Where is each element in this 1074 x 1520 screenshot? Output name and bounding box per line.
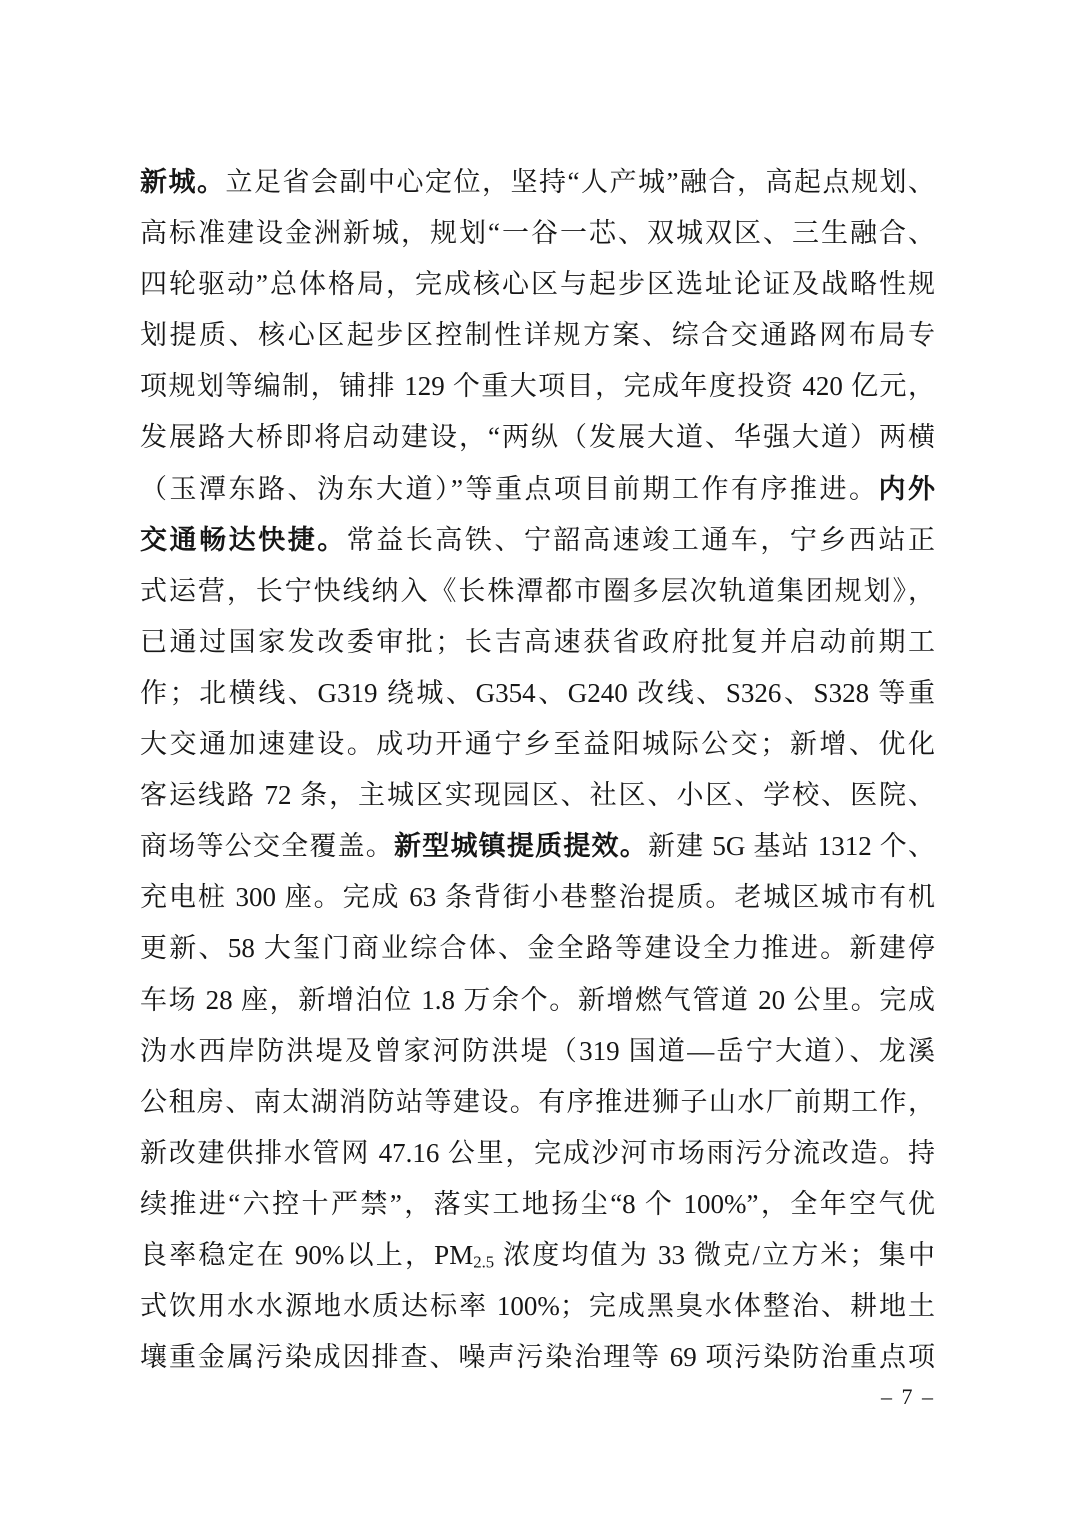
text-line-6: 发展路大桥即将启动建设，“两纵（发展大道、华强大道）两横 xyxy=(140,412,935,463)
text-run: 立足省会副中心定位，坚持“人产城”融合，高起点规划、 xyxy=(226,167,936,197)
bold-heading-run: 新型城镇提质提效。 xyxy=(394,831,648,861)
bold-heading-run: 内外 xyxy=(879,474,936,504)
text-line-7: （玉潭东路、沩东大道）”等重点项目前期工作有序推进。内外 xyxy=(140,464,935,515)
text-run: 壤重金属污染成因排查、噪声污染治理等 69 项污染防治重点项 xyxy=(140,1342,935,1372)
document-page: 新城。立足省会副中心定位，坚持“人产城”融合，高起点规划、高标准建设金洲新城，规… xyxy=(0,0,1074,1520)
report-body-text: 新城。立足省会副中心定位，坚持“人产城”融合，高起点规划、高标准建设金洲新城，规… xyxy=(140,157,935,1383)
text-run: 续推进“六控十严禁”，落实工地扬尘“8 个 100%”，全年空气优 xyxy=(140,1189,935,1219)
text-run: 公租房、南太湖消防站等建设。有序推进狮子山水厂前期工作， xyxy=(140,1087,935,1117)
text-line-18: 沩水西岸防洪堤及曾家河防洪堤（319 国道—岳宁大道）、龙溪 xyxy=(140,1026,935,1077)
text-run: 大交通加速建设。成功开通宁乡至益阳城际公交；新增、优化 xyxy=(140,729,935,759)
text-run: 划提质、核心区起步区控制性详规方案、综合交通路网布局专 xyxy=(140,320,935,350)
text-run: 浓度均值为 33 微克/立方米；集中 xyxy=(494,1240,935,1270)
text-line-23: 式饮用水水源地水质达标率 100%；完成黑臭水体整治、耕地土 xyxy=(140,1281,935,1332)
text-run: 项规划等编制，铺排 129 个重大项目，完成年度投资 420 亿元， xyxy=(140,371,935,401)
text-line-5: 项规划等编制，铺排 129 个重大项目，完成年度投资 420 亿元， xyxy=(140,361,935,412)
text-line-9: 式运营，长宁快线纳入《长株潭都市圈多层次轨道集团规划》， xyxy=(140,566,935,617)
text-run: 新改建供排水管网 47.16 公里，完成沙河市场雨污分流改造。持 xyxy=(140,1138,935,1168)
text-run: 式饮用水水源地水质达标率 100%；完成黑臭水体整治、耕地土 xyxy=(140,1291,935,1321)
text-run: 商场等公交全覆盖。 xyxy=(140,831,394,861)
text-run: 常益长高铁、宁韶高速竣工通车，宁乡西站正 xyxy=(347,525,935,555)
text-run: 四轮驱动”总体格局，完成核心区与起步区选址论证及战略性规 xyxy=(140,269,935,299)
text-line-16: 更新、58 大玺门商业综合体、金全路等建设全力推进。新建停 xyxy=(140,923,935,974)
text-line-3: 四轮驱动”总体格局，完成核心区与起步区选址论证及战略性规 xyxy=(140,259,935,310)
text-line-12: 大交通加速建设。成功开通宁乡至益阳城际公交；新增、优化 xyxy=(140,719,935,770)
text-run: 车场 28 座，新增泊位 1.8 万余个。新增燃气管道 20 公里。完成 xyxy=(140,985,935,1015)
text-run: 作；北横线、G319 绕城、G354、G240 改线、S326、S328 等重 xyxy=(140,678,935,708)
text-line-19: 公租房、南太湖消防站等建设。有序推进狮子山水厂前期工作， xyxy=(140,1077,935,1128)
page-number: – 7 – xyxy=(881,1384,935,1409)
bold-heading-run: 新城。 xyxy=(140,167,226,197)
text-run: 式运营，长宁快线纳入《长株潭都市圈多层次轨道集团规划》， xyxy=(140,576,935,606)
text-line-1: 新城。立足省会副中心定位，坚持“人产城”融合，高起点规划、 xyxy=(140,157,935,208)
text-line-10: 已通过国家发改委审批；长吉高速获省政府批复并启动前期工 xyxy=(140,617,935,668)
text-line-24: 壤重金属污染成因排查、噪声污染治理等 69 项污染防治重点项 xyxy=(140,1332,935,1383)
text-run: 发展路大桥即将启动建设，“两纵（发展大道、华强大道）两横 xyxy=(140,422,935,452)
text-line-2: 高标准建设金洲新城，规划“一谷一芯、双城双区、三生融合、 xyxy=(140,208,935,259)
text-run: 更新、58 大玺门商业综合体、金全路等建设全力推进。新建停 xyxy=(140,933,935,963)
subscript-run: 2.5 xyxy=(473,1253,494,1272)
text-run: 沩水西岸防洪堤及曾家河防洪堤（319 国道—岳宁大道）、龙溪 xyxy=(140,1036,935,1066)
text-line-13: 客运线路 72 条，主城区实现园区、社区、小区、学校、医院、 xyxy=(140,770,935,821)
text-line-20: 新改建供排水管网 47.16 公里，完成沙河市场雨污分流改造。持 xyxy=(140,1128,935,1179)
bold-heading-run: 交通畅达快捷。 xyxy=(140,525,347,555)
text-line-17: 车场 28 座，新增泊位 1.8 万余个。新增燃气管道 20 公里。完成 xyxy=(140,975,935,1026)
text-line-4: 划提质、核心区起步区控制性详规方案、综合交通路网布局专 xyxy=(140,310,935,361)
text-run: 充电桩 300 座。完成 63 条背街小巷整治提质。老城区城市有机 xyxy=(140,882,935,912)
text-run: 客运线路 72 条，主城区实现园区、社区、小区、学校、医院、 xyxy=(140,780,935,810)
page-footer: – 7 – xyxy=(140,1384,935,1410)
text-run: 已通过国家发改委审批；长吉高速获省政府批复并启动前期工 xyxy=(140,627,935,657)
text-line-14: 商场等公交全覆盖。新型城镇提质提效。新建 5G 基站 1312 个、 xyxy=(140,821,935,872)
text-run: （玉潭东路、沩东大道）”等重点项目前期工作有序推进。 xyxy=(140,474,879,504)
text-line-11: 作；北横线、G319 绕城、G354、G240 改线、S326、S328 等重 xyxy=(140,668,935,719)
text-run: 高标准建设金洲新城，规划“一谷一芯、双城双区、三生融合、 xyxy=(140,218,935,248)
text-line-22: 良率稳定在 90%以上，PM2.5 浓度均值为 33 微克/立方米；集中 xyxy=(140,1230,935,1281)
text-run: 良率稳定在 90%以上，PM xyxy=(140,1240,473,1270)
text-line-21: 续推进“六控十严禁”，落实工地扬尘“8 个 100%”，全年空气优 xyxy=(140,1179,935,1230)
text-line-8: 交通畅达快捷。常益长高铁、宁韶高速竣工通车，宁乡西站正 xyxy=(140,515,935,566)
text-line-15: 充电桩 300 座。完成 63 条背街小巷整治提质。老城区城市有机 xyxy=(140,872,935,923)
text-run: 新建 5G 基站 1312 个、 xyxy=(648,831,935,861)
